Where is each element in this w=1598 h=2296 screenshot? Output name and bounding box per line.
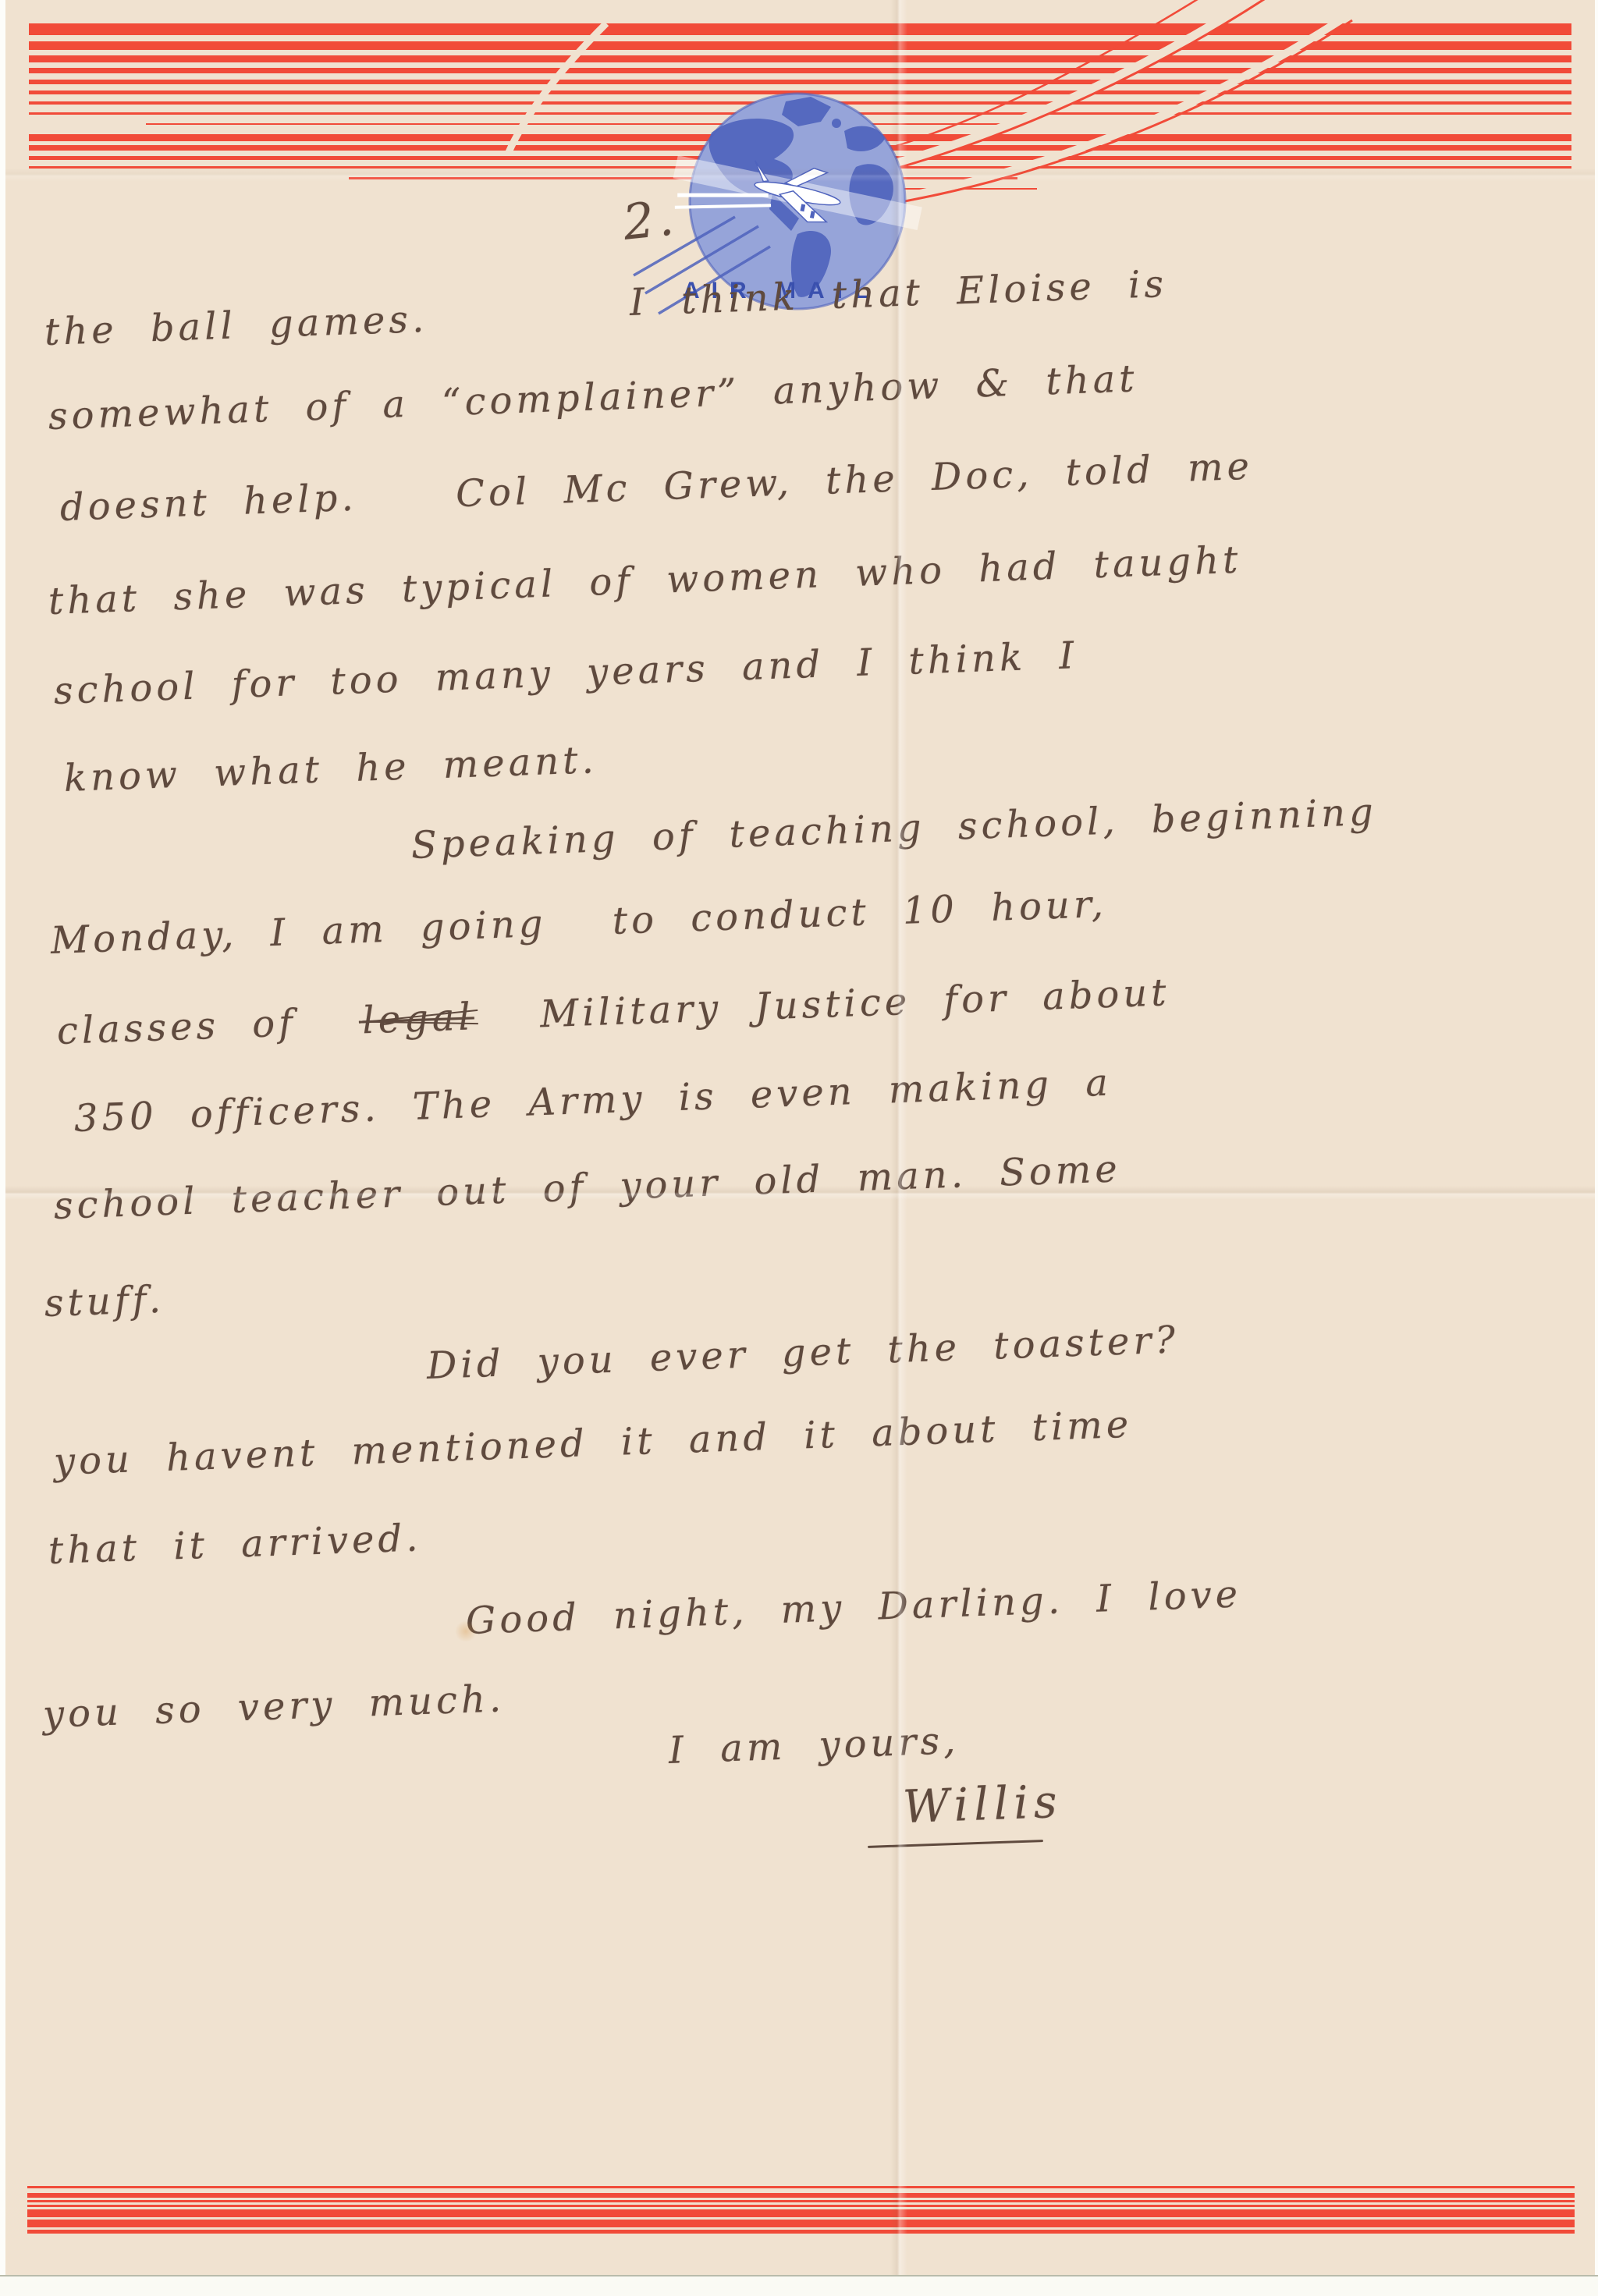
letter-line: that it arrived. bbox=[48, 1517, 422, 1571]
stripe bbox=[27, 2200, 1575, 2202]
stripe bbox=[29, 41, 1571, 50]
stripe bbox=[27, 2220, 1575, 2227]
letter-page: AIR MAIL 2. the ball games. I think that… bbox=[5, 0, 1595, 2276]
letter-line: doesnt help. Col Mc Grew, the Doc, told … bbox=[59, 446, 1254, 529]
stripe bbox=[27, 2186, 1575, 2188]
letter-line: Monday, I am going to conduct 10 hour, bbox=[50, 884, 1108, 962]
stripe bbox=[27, 2209, 1575, 2217]
signature: Willis bbox=[902, 1777, 1064, 1833]
page-number: 2. bbox=[620, 191, 680, 250]
letter-line: stuff. bbox=[44, 1279, 165, 1325]
letter-line: you so very much. bbox=[42, 1678, 506, 1735]
stripe bbox=[29, 55, 1571, 62]
horizontal-fold-crease bbox=[5, 1186, 1595, 1200]
letter-line: somewhat of a “complainer” anyhow & that bbox=[48, 358, 1138, 438]
vertical-fold-crease bbox=[890, 0, 907, 2276]
scan-bottom-edge bbox=[0, 2275, 1598, 2296]
line-segment: classes of bbox=[56, 999, 363, 1053]
stripe bbox=[29, 23, 1571, 35]
struck-word: legal bbox=[361, 995, 474, 1042]
horizontal-fold-crease bbox=[5, 168, 1595, 182]
stripe bbox=[27, 2193, 1575, 2198]
letter-line: school for too many years and I think I bbox=[53, 635, 1078, 712]
stripe bbox=[29, 68, 1571, 73]
letter-line: the ball games. bbox=[44, 299, 428, 353]
age-stain bbox=[454, 1621, 478, 1641]
letter-line: you havent mentioned it and it about tim… bbox=[53, 1404, 1133, 1483]
closing-line: I am yours, bbox=[668, 1720, 960, 1772]
letter-line: know what he meant. bbox=[63, 740, 598, 800]
letter-line: that she was typical of women who had ta… bbox=[48, 540, 1242, 623]
scanned-letter: AIR MAIL 2. the ball games. I think that… bbox=[0, 0, 1598, 2296]
stripe bbox=[27, 2205, 1575, 2207]
stripe bbox=[27, 2230, 1575, 2234]
letter-line: Good night, my Darling. I love bbox=[465, 1574, 1242, 1641]
line-segment: Military Justice for about bbox=[474, 971, 1171, 1038]
letter-line: classes of legal Military Justice for ab… bbox=[56, 972, 1170, 1052]
letter-line: Did you ever get the toaster? bbox=[426, 1319, 1180, 1386]
letter-line: 350 officers. The Army is even making a bbox=[73, 1063, 1113, 1140]
